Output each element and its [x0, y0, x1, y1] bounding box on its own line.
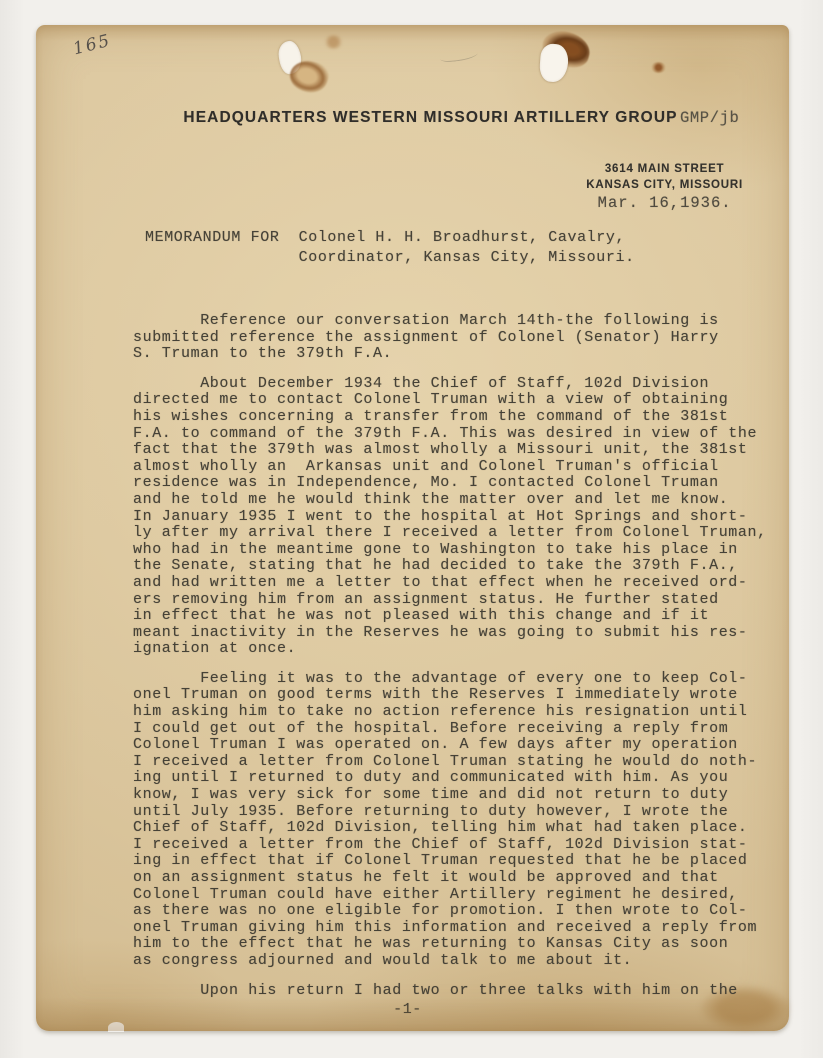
- pencil-mark: [440, 49, 479, 64]
- letterhead-title: HEADQUARTERS WESTERN MISSOURI ARTILLERY …: [36, 109, 789, 127]
- memo-page: 165 HEADQUARTERS WESTERN MISSOURI ARTILL…: [36, 25, 789, 1031]
- stain-dot: [651, 62, 666, 73]
- handwritten-archive-number: 165: [71, 31, 113, 60]
- dark-ink-stain: [539, 27, 594, 72]
- memorandum-for-block: MEMORANDUM FOR Colonel H. H. Broadhurst,…: [145, 228, 635, 267]
- address-city: KANSAS CITY, MISSOURI: [586, 179, 743, 191]
- paragraph-reference: Reference our conversation March 14th-th…: [133, 313, 773, 363]
- paragraph-background: About December 1934 the Chief of Staff, …: [133, 376, 773, 658]
- page-number: -1-: [36, 1001, 779, 1018]
- paragraph-followup: Feeling it was to the advantage of every…: [133, 671, 773, 970]
- paper-tear-spot-2: [539, 43, 570, 83]
- scanned-document: 165 HEADQUARTERS WESTERN MISSOURI ARTILL…: [0, 0, 823, 1058]
- address-street: 3614 MAIN STREET: [586, 163, 743, 175]
- memo-body: Reference our conversation March 14th-th…: [133, 313, 773, 1012]
- paragraph-closing: Upon his return I had two or three talks…: [133, 983, 773, 1000]
- letterhead-address-block: 3614 MAIN STREET KANSAS CITY, MISSOURI M…: [586, 163, 743, 212]
- bottom-edge-tear: [108, 1022, 124, 1032]
- paper-tear-spot: [277, 39, 304, 75]
- stain-smudge: [324, 35, 343, 49]
- coffee-stain: [286, 56, 332, 97]
- date-line: Mar. 16,1936.: [586, 194, 743, 212]
- typist-reference: GMP/jb: [680, 109, 739, 127]
